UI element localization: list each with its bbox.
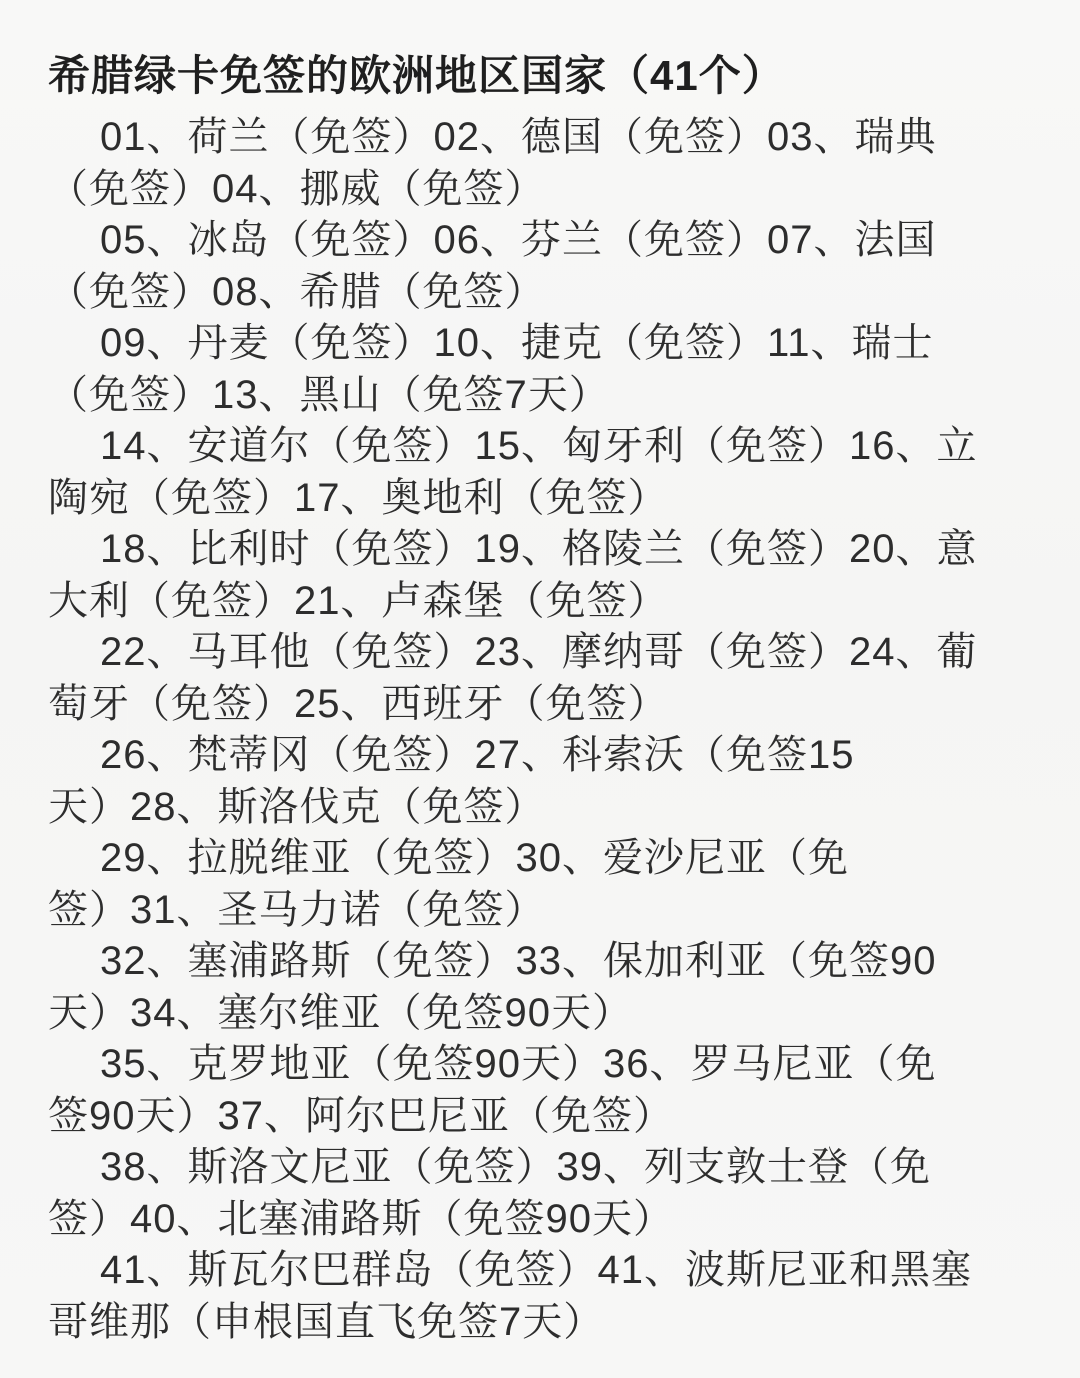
text-line: 41、斯瓦尔巴群岛（免签）41、波斯尼亚和黑塞 bbox=[48, 1245, 1036, 1297]
text-line: 18、比利时（免签）19、格陵兰（免签）20、意 bbox=[48, 524, 1036, 576]
text-line: （免签）13、黑山（免签7天） bbox=[48, 370, 1036, 422]
text-line: 萄牙（免签）25、西班牙（免签） bbox=[48, 679, 1036, 731]
text-line: 天）34、塞尔维亚（免签90天） bbox=[48, 988, 1036, 1040]
text-line: 陶宛（免签）17、奥地利（免签） bbox=[48, 473, 1036, 525]
text-line: 29、拉脱维亚（免签）30、爱沙尼亚（免 bbox=[48, 833, 1036, 885]
text-line: （免签）04、挪威（免签） bbox=[48, 164, 1036, 216]
text-line: 签）31、圣马力诺（免签） bbox=[48, 885, 1036, 937]
text-line: 35、克罗地亚（免签90天）36、罗马尼亚（免 bbox=[48, 1039, 1036, 1091]
text-line: 22、马耳他（免签）23、摩纳哥（免签）24、葡 bbox=[48, 627, 1036, 679]
text-line: 09、丹麦（免签）10、捷克（免签）11、瑞士 bbox=[48, 318, 1036, 370]
text-line: 大利（免签）21、卢森堡（免签） bbox=[48, 576, 1036, 628]
text-line: 05、冰岛（免签）06、芬兰（免签）07、法国 bbox=[48, 215, 1036, 267]
text-line: 哥维那（申根国直飞免签7天） bbox=[48, 1297, 1036, 1349]
document-page: 希腊绿卡免签的欧洲地区国家（41个） 01、荷兰（免签）02、德国（免签）03、… bbox=[0, 0, 1080, 1378]
text-line: 01、荷兰（免签）02、德国（免签）03、瑞典 bbox=[48, 112, 1036, 164]
text-line: 32、塞浦路斯（免签）33、保加利亚（免签90 bbox=[48, 936, 1036, 988]
text-line: 天）28、斯洛伐克（免签） bbox=[48, 782, 1036, 834]
country-list: 01、荷兰（免签）02、德国（免签）03、瑞典（免签）04、挪威（免签）05、冰… bbox=[48, 112, 1036, 1348]
text-line: 38、斯洛文尼亚（免签）39、列支敦士登（免 bbox=[48, 1142, 1036, 1194]
page-title: 希腊绿卡免签的欧洲地区国家（41个） bbox=[48, 50, 1036, 102]
text-line: 26、梵蒂冈（免签）27、科索沃（免签15 bbox=[48, 730, 1036, 782]
text-line: 14、安道尔（免签）15、匈牙利（免签）16、立 bbox=[48, 421, 1036, 473]
text-line: 签）40、北塞浦路斯（免签90天） bbox=[48, 1194, 1036, 1246]
text-line: 签90天）37、阿尔巴尼亚（免签） bbox=[48, 1091, 1036, 1143]
text-line: （免签）08、希腊（免签） bbox=[48, 267, 1036, 319]
